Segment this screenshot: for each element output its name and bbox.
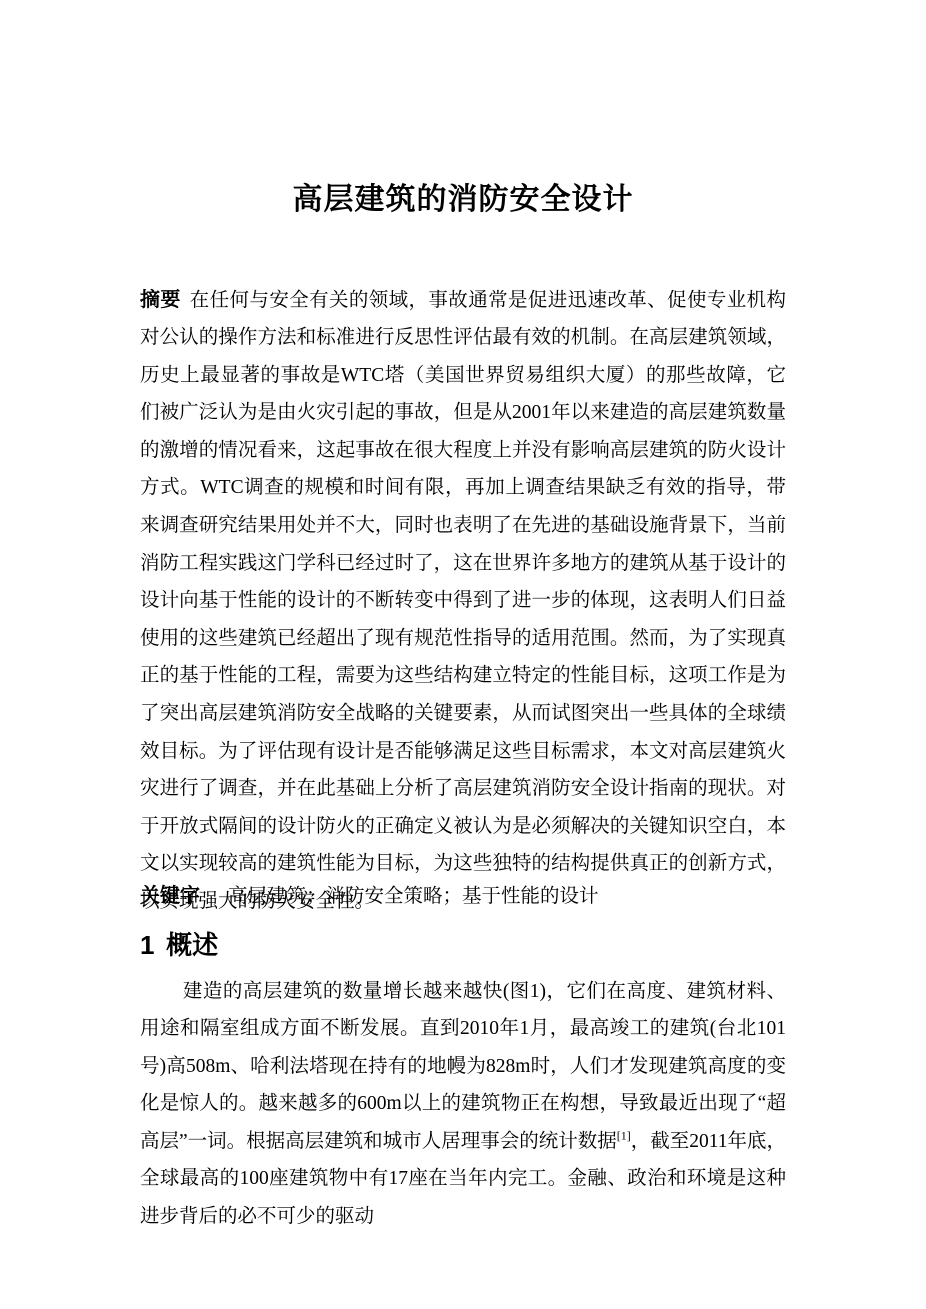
body-text-before-citation: 建造的高层建筑的数量增长越来越快(图1)，它们在高度、建筑材料、用途和隔室组成方… — [140, 981, 786, 1152]
paper-title: 高层建筑的消防安全设计 — [0, 180, 926, 220]
keywords-label: 关键字 — [140, 885, 200, 907]
abstract-text: 在任何与安全有关的领域，事故通常是促进迅速改革、促使专业机构对公认的操作方法和标… — [140, 290, 786, 913]
keywords-text: 高层建筑；消防安全策略；基于性能的设计 — [228, 886, 599, 907]
citation-superscript: [1] — [617, 1128, 631, 1142]
overview-paragraph: 建造的高层建筑的数量增长越来越快(图1)，它们在高度、建筑材料、用途和隔室组成方… — [140, 973, 786, 1236]
section-number: 1 — [140, 930, 154, 960]
abstract-label: 摘要 — [140, 289, 181, 311]
keywords-line: 关键字高层建筑；消防安全策略；基于性能的设计 — [140, 878, 786, 916]
section-title: 概述 — [166, 930, 218, 960]
abstract-paragraph: 摘要在任何与安全有关的领域，事故通常是促进迅速改革、促使专业机构对公认的操作方法… — [140, 282, 786, 921]
section-heading: 1概述 — [140, 928, 218, 962]
document-page: 高层建筑的消防安全设计 摘要在任何与安全有关的领域，事故通常是促进迅速改革、促使… — [0, 0, 926, 1309]
